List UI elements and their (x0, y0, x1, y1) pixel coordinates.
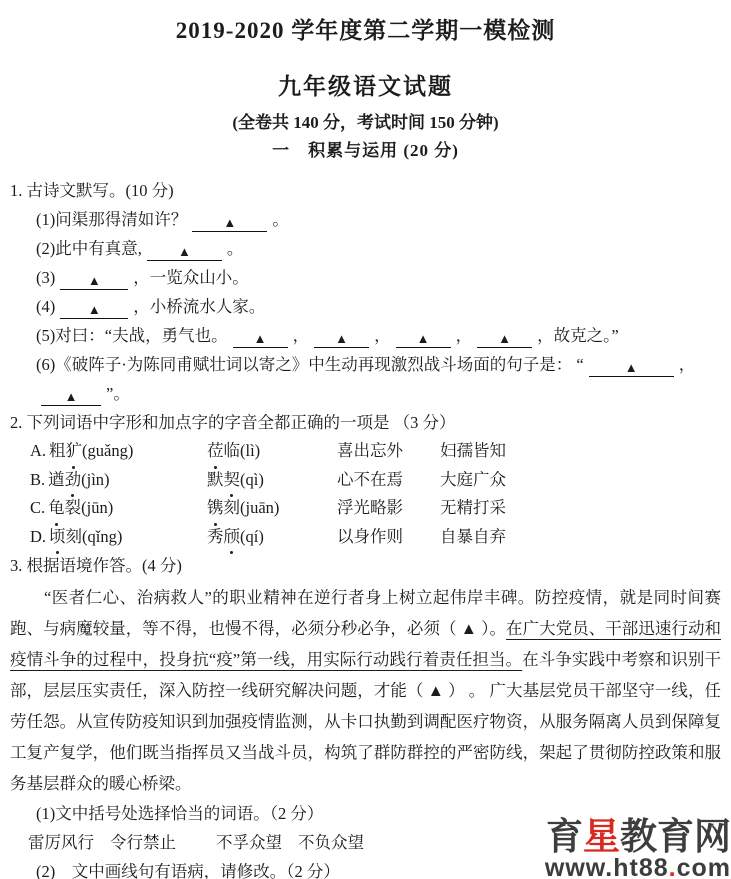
answer-blank: ▲ (60, 269, 128, 290)
triangle-placeholder: ▲ (335, 331, 348, 346)
word-cell: B.遒劲(jìn) (30, 466, 207, 495)
triangle-placeholder: ▲ (65, 389, 78, 404)
word-cell: A.粗犷(guǎng) (30, 437, 207, 466)
page-content: 2019-2020 学年度第二学期一模检测 九年级语文试题 (全卷共 140 分… (0, 16, 731, 879)
q1-item-5-sep: ， (456, 326, 473, 345)
q3-passage: “医者仁心、治病救人”的职业精神在逆行者身上树立起伟岸丰碑。防控疫情，就是同时间… (10, 582, 721, 799)
brand-text-red: 星 (583, 816, 620, 857)
q1-item-5-sep: ， (293, 326, 310, 345)
word-cell: 默契(qì) (207, 466, 337, 495)
section-heading: 一 积累与运用 (20 分) (10, 140, 721, 162)
triangle-placeholder: ▲ (178, 244, 191, 259)
word-pinyin: 刻(qǐng) (66, 527, 123, 546)
q1-item-6-continuation: ▲”。 (36, 379, 721, 408)
word-text: 默 (207, 470, 224, 489)
q1-item-5-post: ，故克之。” (537, 326, 619, 345)
idiom-cell: 浮光略影 (337, 494, 440, 523)
answer-blank: ▲ (233, 327, 288, 348)
q1-item-6-pre: (6)《破阵子·为陈同甫赋壮词以寄之》中生动再现激烈战斗场面的句子是： “ (36, 355, 584, 374)
brand-text: 育 (546, 816, 583, 857)
word-pinyin: (qí) (240, 527, 264, 546)
idiom-cell: 自暴自弃 (440, 523, 721, 552)
q1-item-1-pre: (1)问渠那得清如许？ (36, 210, 187, 229)
q3-heading: 3. 根据语境作答。(4 分) (10, 551, 721, 580)
answer-blank: ▲ (147, 240, 222, 261)
option-leilifengxing: 雷厉风行 (28, 833, 94, 852)
q1-item-6-cont-post: ”。 (106, 384, 130, 403)
q1-item-3-pre: (3) (36, 268, 55, 287)
url-dot-red: . (669, 854, 677, 879)
dotted-char: 契 (224, 466, 241, 495)
idiom-cell: 以身作则 (337, 523, 440, 552)
watermark-url: www.ht88.com (545, 856, 731, 879)
exam-subject-title: 九年级语文试题 (10, 72, 721, 102)
exam-info: (全卷共 140 分，考试时间 150 分钟) (10, 112, 721, 134)
brand-text: 教育网 (620, 816, 731, 857)
triangle-placeholder: ▲ (88, 302, 101, 317)
word-pinyin: 裂(jūn) (65, 498, 114, 517)
answer-blank: ▲ (314, 327, 369, 348)
answer-blank: ▲ (192, 211, 267, 232)
word-text: 粗 (49, 441, 66, 460)
url-text: www.ht88 (545, 854, 669, 879)
word-cell: C.龟裂(jūn) (30, 494, 207, 523)
option-bufuzhongwang-1: 不孚众望 (216, 833, 282, 852)
q2-heading: 2. 下列词语中字形和加点字的字音全都正确的一项是 （3 分） (10, 408, 721, 437)
word-text: 遒 (48, 470, 65, 489)
q1-item-4-pre: (4) (36, 297, 55, 316)
answer-blank: ▲ (396, 327, 451, 348)
triangle-placeholder: ▲ (88, 273, 101, 288)
q1-item-4: (4)▲，小桥流水人家。 (36, 292, 721, 321)
q1-item-1-post: 。 (272, 210, 289, 229)
option-label: B. (30, 470, 45, 489)
q1-item-2: (2)此中有真意,▲。 (36, 234, 721, 263)
q1-item-3: (3)▲，一览众山小。 (36, 263, 721, 292)
word-text: 秀 (207, 527, 224, 546)
q2-row-d: D.顷刻(qǐng) 秀颀(qí) 以身作则 自暴自弃 (30, 523, 721, 552)
idiom-cell: 无精打采 (440, 494, 721, 523)
url-text: com (677, 854, 731, 879)
q1-item-5-pre: (5)对曰：“夫战，勇气也。 (36, 326, 228, 345)
idiom-cell: 妇孺皆知 (440, 437, 721, 466)
word-pinyin: 刻(juān) (224, 498, 280, 517)
word-pinyin: (qì) (240, 470, 264, 489)
q1-item-2-pre: (2)此中有真意, (36, 239, 142, 258)
dotted-char: 莅 (207, 437, 224, 466)
word-cell: D.顷刻(qǐng) (30, 523, 207, 552)
dotted-char: 顷 (49, 523, 66, 552)
q1-item-6-post: ， (679, 355, 696, 374)
dotted-char: 龟 (48, 494, 65, 523)
page-title: 2019-2020 学年度第二学期一模检测 (10, 16, 721, 46)
idiom-cell: 大庭广众 (440, 466, 721, 495)
q1-item-5-sep: ， (374, 326, 391, 345)
answer-blank: ▲ (60, 298, 128, 319)
q1-item-4-post: ，小桥流水人家。 (133, 297, 265, 316)
idiom-cell: 心不在焉 (337, 466, 440, 495)
option-label: D. (30, 527, 46, 546)
exam-paper-page: 2019-2020 学年度第二学期一模检测 九年级语文试题 (全卷共 140 分… (0, 0, 731, 879)
watermark-brand: 育星教育网 (545, 818, 731, 855)
triangle-placeholder: ▲ (417, 331, 430, 346)
option-lingxingjinzhi: 令行禁止 (110, 833, 176, 852)
q2-row-a: A.粗犷(guǎng) 莅临(lì) 喜出忘外 妇孺皆知 (30, 437, 721, 466)
answer-blank: ▲ (589, 356, 674, 377)
q1-item-6: (6)《破阵子·为陈同甫赋壮词以寄之》中生动再现激烈战斗场面的句子是： “▲， (36, 350, 721, 379)
word-cell: 秀颀(qí) (207, 523, 337, 552)
dotted-char: 劲 (65, 466, 82, 495)
q2-row-b: B.遒劲(jìn) 默契(qì) 心不在焉 大庭广众 (30, 466, 721, 495)
answer-blank: ▲ (477, 327, 532, 348)
word-cell: 莅临(lì) (207, 437, 337, 466)
q1-item-3-post: ，一览众山小。 (133, 268, 249, 287)
triangle-placeholder: ▲ (498, 331, 511, 346)
triangle-placeholder: ▲ (254, 331, 267, 346)
dotted-char: 颀 (224, 523, 241, 552)
watermark-logo: 育星教育网 www.ht88.com (545, 818, 731, 879)
dotted-char: 镌 (207, 494, 224, 523)
word-pinyin: (guǎng) (82, 441, 133, 460)
triangle-placeholder: ▲ (223, 215, 236, 230)
q1-item-2-post: 。 (227, 239, 244, 258)
dotted-char: 犷 (66, 437, 83, 466)
q2-row-c: C.龟裂(jūn) 镌刻(juān) 浮光略影 无精打采 (30, 494, 721, 523)
q1-item-1: (1)问渠那得清如许？▲。 (36, 205, 721, 234)
q1-heading: 1. 古诗文默写。(10 分) (10, 176, 721, 205)
word-pinyin: 临(lì) (224, 441, 261, 460)
option-label: A. (30, 441, 46, 460)
passage-text: 在斗争实践中考察和识别干部，层层压实责任，深入防控一线研究解决问题，才能（ ▲ … (10, 650, 721, 793)
answer-blank: ▲ (41, 385, 101, 406)
option-label: C. (30, 498, 45, 517)
q1-item-5: (5)对曰：“夫战，勇气也。▲，▲，▲，▲，故克之。” (36, 321, 721, 350)
option-bufuzhongwang-2: 不负众望 (298, 833, 364, 852)
triangle-placeholder: ▲ (625, 360, 638, 375)
word-pinyin: (jìn) (81, 470, 109, 489)
word-cell: 镌刻(juān) (207, 494, 337, 523)
idiom-cell: 喜出忘外 (337, 437, 440, 466)
